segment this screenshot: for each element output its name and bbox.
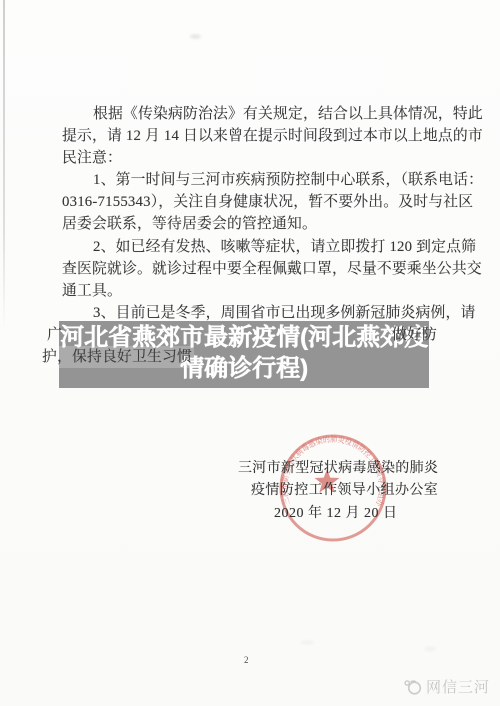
signature-org-line1: 三河市新型冠状病毒感染的肺炎 xyxy=(238,457,438,477)
body-line: 3、目前已是冬季，周围省市已出现多例新冠肺炎病例，请 xyxy=(62,302,464,324)
paper-edge-line xyxy=(3,0,5,328)
body-line: 民注意： xyxy=(62,147,464,169)
visible-fragment-right: 做好防 xyxy=(392,324,437,346)
body-line: 0316-7155343），关注自身健康状况，暂不要外出。及时与社区 xyxy=(62,191,464,213)
paper-smudge xyxy=(190,34,201,39)
body-line: 根据《传染病防治法》有关规定，结合以上具体情况，特此 xyxy=(62,103,464,125)
signature-org-line2: 疫情防控工作领导小组办公室 xyxy=(251,479,438,499)
body-line-partially-covered: 广 做好防 xyxy=(62,324,464,346)
visible-fragment-left: 广 xyxy=(47,327,62,343)
scanned-notice-photo: 根据《传染病防治法》有关规定，结合以上具体情况，特此 提示，请 12 月 14 … xyxy=(0,0,500,706)
signature-date: 2020 年 12 月 20 日 xyxy=(274,502,398,522)
body-line: 提示，请 12 月 14 日以来曾在提示时间段到过本市以上地点的市 xyxy=(62,125,464,147)
body-line: 1、第一时间与三河市疾病预防控制中心联系，（联系电话： xyxy=(62,169,464,191)
page-number: 2 xyxy=(244,655,249,665)
paper-smudge xyxy=(424,646,436,652)
notice-body-text: 根据《传染病防治法》有关规定，结合以上具体情况，特此 提示，请 12 月 14 … xyxy=(62,103,464,368)
body-line: 居委会联系，等待居委会的管控通知。 xyxy=(62,213,464,235)
paper-smudge xyxy=(300,640,314,645)
body-line-tail: 护，保持良好卫生习惯 xyxy=(42,346,194,368)
watermark-text: 网信三河 xyxy=(426,676,490,697)
watermark-logo-icon xyxy=(403,678,423,696)
body-line: 2、如已经有发热、咳嗽等症状，请立即拨打 120 到定点筛 xyxy=(62,236,464,258)
body-line: 查医院就诊。就诊过程中要全程佩戴口罩，尽量不要乘坐公共交 xyxy=(62,258,464,280)
watermark: 网信三河 xyxy=(403,676,490,697)
body-line: 通工具。 xyxy=(62,280,464,302)
